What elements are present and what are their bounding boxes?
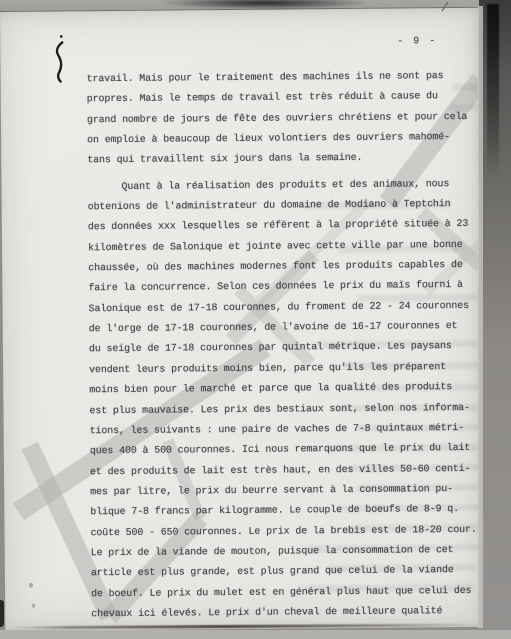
stray-mark: [438, 0, 452, 14]
ink-squiggle-icon: [50, 33, 70, 83]
document-page: - 9 - travail. Mais pour le traitement d…: [0, 7, 487, 631]
scan-corner-blob: [0, 600, 4, 627]
paper-right-edge: [478, 6, 483, 628]
scanned-document-screenshot: { "page": { "number_label": "- 9 -" }, "…: [0, 0, 511, 639]
scan-dark-streak: [487, 4, 499, 179]
margin-mark: [29, 583, 33, 588]
text-line: tans qui travaillent six jours dans la s…: [87, 152, 487, 176]
text-lines: travail. Mais pour le traitement des mac…: [87, 71, 492, 630]
margin-mark: [32, 604, 35, 608]
scan-smudge: [165, 0, 365, 9]
page-number: - 9 -: [397, 36, 437, 47]
scan-edge-bottom: [0, 630, 511, 639]
